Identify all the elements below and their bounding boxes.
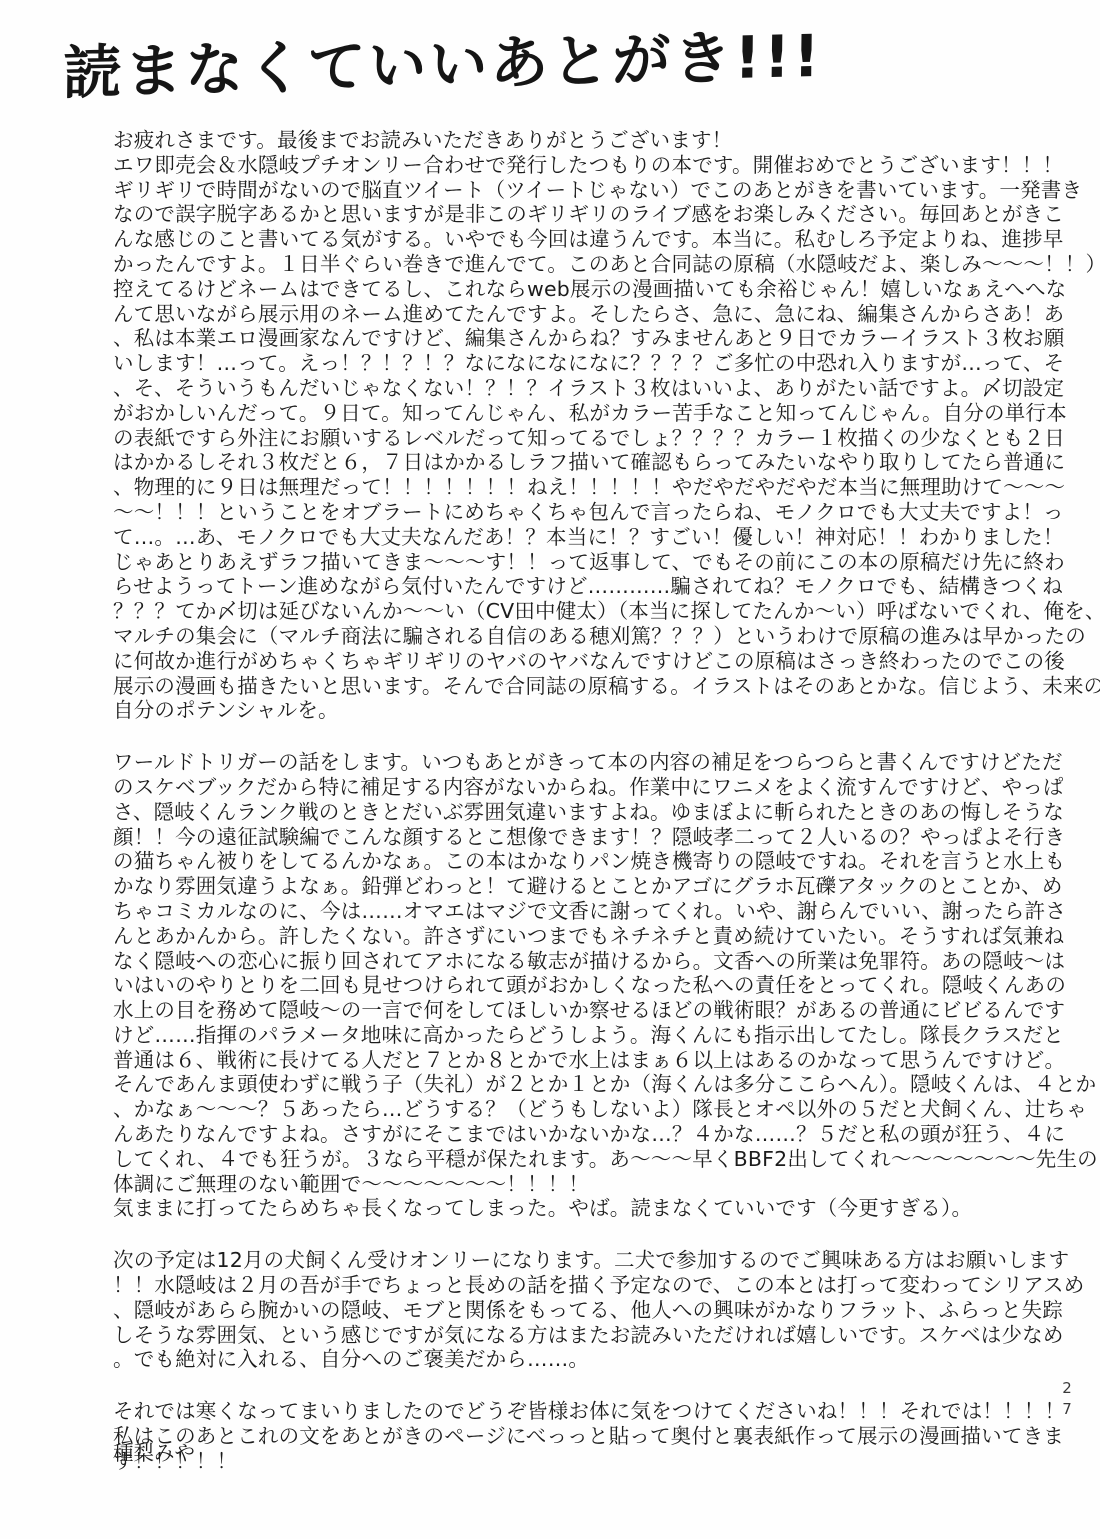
text-line: しそうな雰囲気、という感じですが気になる方はまたお読みいただければ嬉しいです。ス… bbox=[113, 1323, 1015, 1348]
text-line: 気ままに打ってたらめちゃ長くなってしまった。やば。読まなくていいです（今更すぎる… bbox=[113, 1196, 1015, 1221]
text-line: 体調にご無理のない範囲で～～～～～～～！！！！ bbox=[113, 1172, 1015, 1197]
text-line: さ、隠岐くんランク戦のときとだいぶ雰囲気違いますよね。ゆまぼよに斬られたときのあ… bbox=[113, 800, 1015, 825]
text-line: のスケベブックだから特に補足する内容がないからね。作業中にワニメをよく流すんです… bbox=[113, 775, 1015, 800]
text-line: て…。…あ、モノクロでも大丈夫なんだあ！？本当に！？すごい！優しい！神対応！！わ… bbox=[113, 525, 1015, 550]
text-line: 、そ、そういうもんだいじゃなくない！？！？イラスト３枚はいいよ、ありがたい話です… bbox=[113, 376, 1015, 401]
text-line: がおかしいんだって。９日て。知ってんじゃん、私がカラー苦手なこと知ってんじゃん。… bbox=[113, 401, 1015, 426]
text-line: けど……指揮のパラメータ地味に高かったらどうしよう。海くんにも指示出してたし。隊… bbox=[113, 1023, 1015, 1048]
afterword-page: 読まなくていいあとがき!!! お疲れさまです。最後までお読みいただきありがとうご… bbox=[0, 0, 1100, 1539]
text-line: ワールドトリガーの話をします。いつもあとがきって本の内容の補足をつらつらと書くん… bbox=[113, 750, 1015, 775]
text-line: 、物理的に９日は無理だって！！！！！！！ねえ！！！！！やだやだやだやだ本当に無理… bbox=[113, 475, 1015, 500]
paragraph: 次の予定は12月の犬飼くん受けオンリーになります。二犬で参加するのでご興味ある方… bbox=[113, 1248, 1015, 1372]
text-line: 私はこのあとこれの文をあとがきのページにべっっと貼って奥付と裏表紙作って展示の漫… bbox=[113, 1424, 1015, 1449]
text-line: してくれ、４でも狂うが。３なら平穏が保たれます。あ～～～早くBBF2出してくれ～… bbox=[113, 1147, 1015, 1172]
text-line: なので誤字脱字あるかと思いますが是非このギリギリのライブ感をお楽しみください。毎… bbox=[113, 202, 1015, 227]
text-line: マルチの集会に（マルチ商法に騙される自信のある穂刈篤？？？）というわけで原稿の進… bbox=[113, 624, 1015, 649]
text-line: 控えてるけどネームはできてるし、これならweb展示の漫画描いても余裕じゃん！嬉し… bbox=[113, 277, 1015, 302]
text-line: んとあかんから。許したくない。許さずにいつまでもネチネチと責め続けていたい。そう… bbox=[113, 924, 1015, 949]
text-line: 。でも絶対に入れる、自分へのご褒美だから……。 bbox=[113, 1347, 1015, 1372]
text-line: の表紙ですら外注にお願いするレベルだって知ってるでしょ？？？？カラー１枚描くの少… bbox=[113, 426, 1015, 451]
text-line: ギリギリで時間がないので脳直ツイート（ツイートじゃない）でこのあとがきを書いてい… bbox=[113, 178, 1015, 203]
page-number: 27 bbox=[1058, 1379, 1075, 1421]
text-line: かったんですよ。１日半ぐらい巻きで進んでて。このあと合同誌の原稿（水隠岐だよ、楽… bbox=[113, 252, 1015, 277]
text-line: 普通は６、戦術に長けてる人だと７とか８とかで水上はまぁ６以上はあるのかなって思う… bbox=[113, 1048, 1015, 1073]
text-line: 顔！！今の遠征試験編でこんな顔するとこ想像できます！？隠岐孝二って２人いるの？や… bbox=[113, 825, 1015, 850]
text-line: 、私は本業エロ漫画家なんですけど、編集さんからね？すみませんあと９日でカラーイラ… bbox=[113, 326, 1015, 351]
text-line: んて思いながら展示用のネーム進めてたんですよ。そしたらさ、急に、急にね、編集さん… bbox=[113, 302, 1015, 327]
text-line: ～～！！！ということをオブラートにめちゃくちゃ包んで言ったらね、モノクロでも大丈… bbox=[113, 500, 1015, 525]
text-line: 自分のポテンシャルを。 bbox=[113, 698, 1015, 723]
text-line: いします！…って。えっ！？！？！？なになになになに？？？？ご多忙の中恐れ入ります… bbox=[113, 351, 1015, 376]
text-line: なく隠岐への恋心に振り回されてアホになる敏志が描けるから。文香への所業は免罪符。… bbox=[113, 949, 1015, 974]
author-signature: 種梨みや bbox=[113, 1436, 195, 1466]
text-line: 次の予定は12月の犬飼くん受けオンリーになります。二犬で参加するのでご興味ある方… bbox=[113, 1248, 1015, 1273]
body-text: お疲れさまです。最後までお読みいただきありがとうございます！エワ即売会＆水隠岐プ… bbox=[113, 128, 1015, 1501]
text-line: お疲れさまです。最後までお読みいただきありがとうございます！ bbox=[113, 128, 1015, 153]
text-line: エワ即売会＆水隠岐プチオンリー合わせで発行したつもりの本です。開催おめでとうござ… bbox=[113, 153, 1015, 178]
text-line: 展示の漫画も描きたいと思います。そんで合同誌の原稿する。イラストはそのあとかな。… bbox=[113, 674, 1015, 699]
text-line: それでは寒くなってまいりましたのでどうぞ皆様お体に気をつけてくださいね！！！それ… bbox=[113, 1399, 1015, 1424]
text-line: 、隠岐があらら腕かいの隠岐、モブと関係をもってる、他人への興味がかなりフラット、… bbox=[113, 1298, 1015, 1323]
text-line: らせようってトーン進めながら気付いたんですけど…………騙されてね？モノクロでも、… bbox=[113, 574, 1015, 599]
text-line: 、かなぁ～～～？５あったら…どうする？（どうもしないよ）隊長とオペ以外の５だと犬… bbox=[113, 1097, 1015, 1122]
text-line: そんであんま頭使わずに戦う子（失礼）が２とか１とか（海くんは多分ここらへん）。隠… bbox=[113, 1072, 1015, 1097]
page-title: 読まなくていいあとがき!!! bbox=[63, 9, 823, 110]
text-line: ちゃコミカルなのに、今は……オマエはマジで文香に謝ってくれ。いや、謝らんでいい、… bbox=[113, 899, 1015, 924]
paragraph: ワールドトリガーの話をします。いつもあとがきって本の内容の補足をつらつらと書くん… bbox=[113, 750, 1015, 1221]
text-line: に何故か進行がめちゃくちゃギリギリのヤバのヤバなんですけどこの原稿はさっき終わっ… bbox=[113, 649, 1015, 674]
text-line: 水上の目を務めて隠岐～の一言で何をしてほしいか察せるほどの戦術眼？があるの普通に… bbox=[113, 998, 1015, 1023]
text-line: んな感じのこと書いてる気がする。いやでも今回は違うんです。本当に。私むしろ予定よ… bbox=[113, 227, 1015, 252]
text-line: かなり雰囲気違うよなぁ。鉛弾どわっと！て避けるとことかアゴにグラホ瓦礫アタックの… bbox=[113, 874, 1015, 899]
paragraph: お疲れさまです。最後までお読みいただきありがとうございます！エワ即売会＆水隠岐プ… bbox=[113, 128, 1015, 723]
text-line: んあたりなんですよね。さすがにそこまではいかないかな…？４かな……？５だと私の頭… bbox=[113, 1122, 1015, 1147]
paragraph: それでは寒くなってまいりましたのでどうぞ皆様お体に気をつけてくださいね！！！それ… bbox=[113, 1399, 1015, 1473]
text-line: はかかるしそれ３枚だと６，７日はかかるしラフ描いて確認もらってみたいなやり取りし… bbox=[113, 450, 1015, 475]
text-line: じゃあとりあえずラフ描いてきま～～～す！！って返事して、でもその前にこの本の原稿… bbox=[113, 550, 1015, 575]
text-line: の猫ちゃん被りをしてるんかなぁ。この本はかなりパン焼き機寄りの隠岐ですね。それを… bbox=[113, 849, 1015, 874]
text-line: ！！水隠岐は２月の吾が手でちょっと長めの話を描く予定なので、この本とは打って変わ… bbox=[113, 1273, 1015, 1298]
text-line: ？？？てか〆切は延びないんか～～い（CV田中健太）（本当に探してたんか～い）呼ば… bbox=[113, 599, 1015, 624]
text-line: す！！！！！ bbox=[113, 1449, 1015, 1474]
text-line: いはいのやりとりを二回も見せつけられて頭がおかしくなった私への責任をとってくれ。… bbox=[113, 973, 1015, 998]
